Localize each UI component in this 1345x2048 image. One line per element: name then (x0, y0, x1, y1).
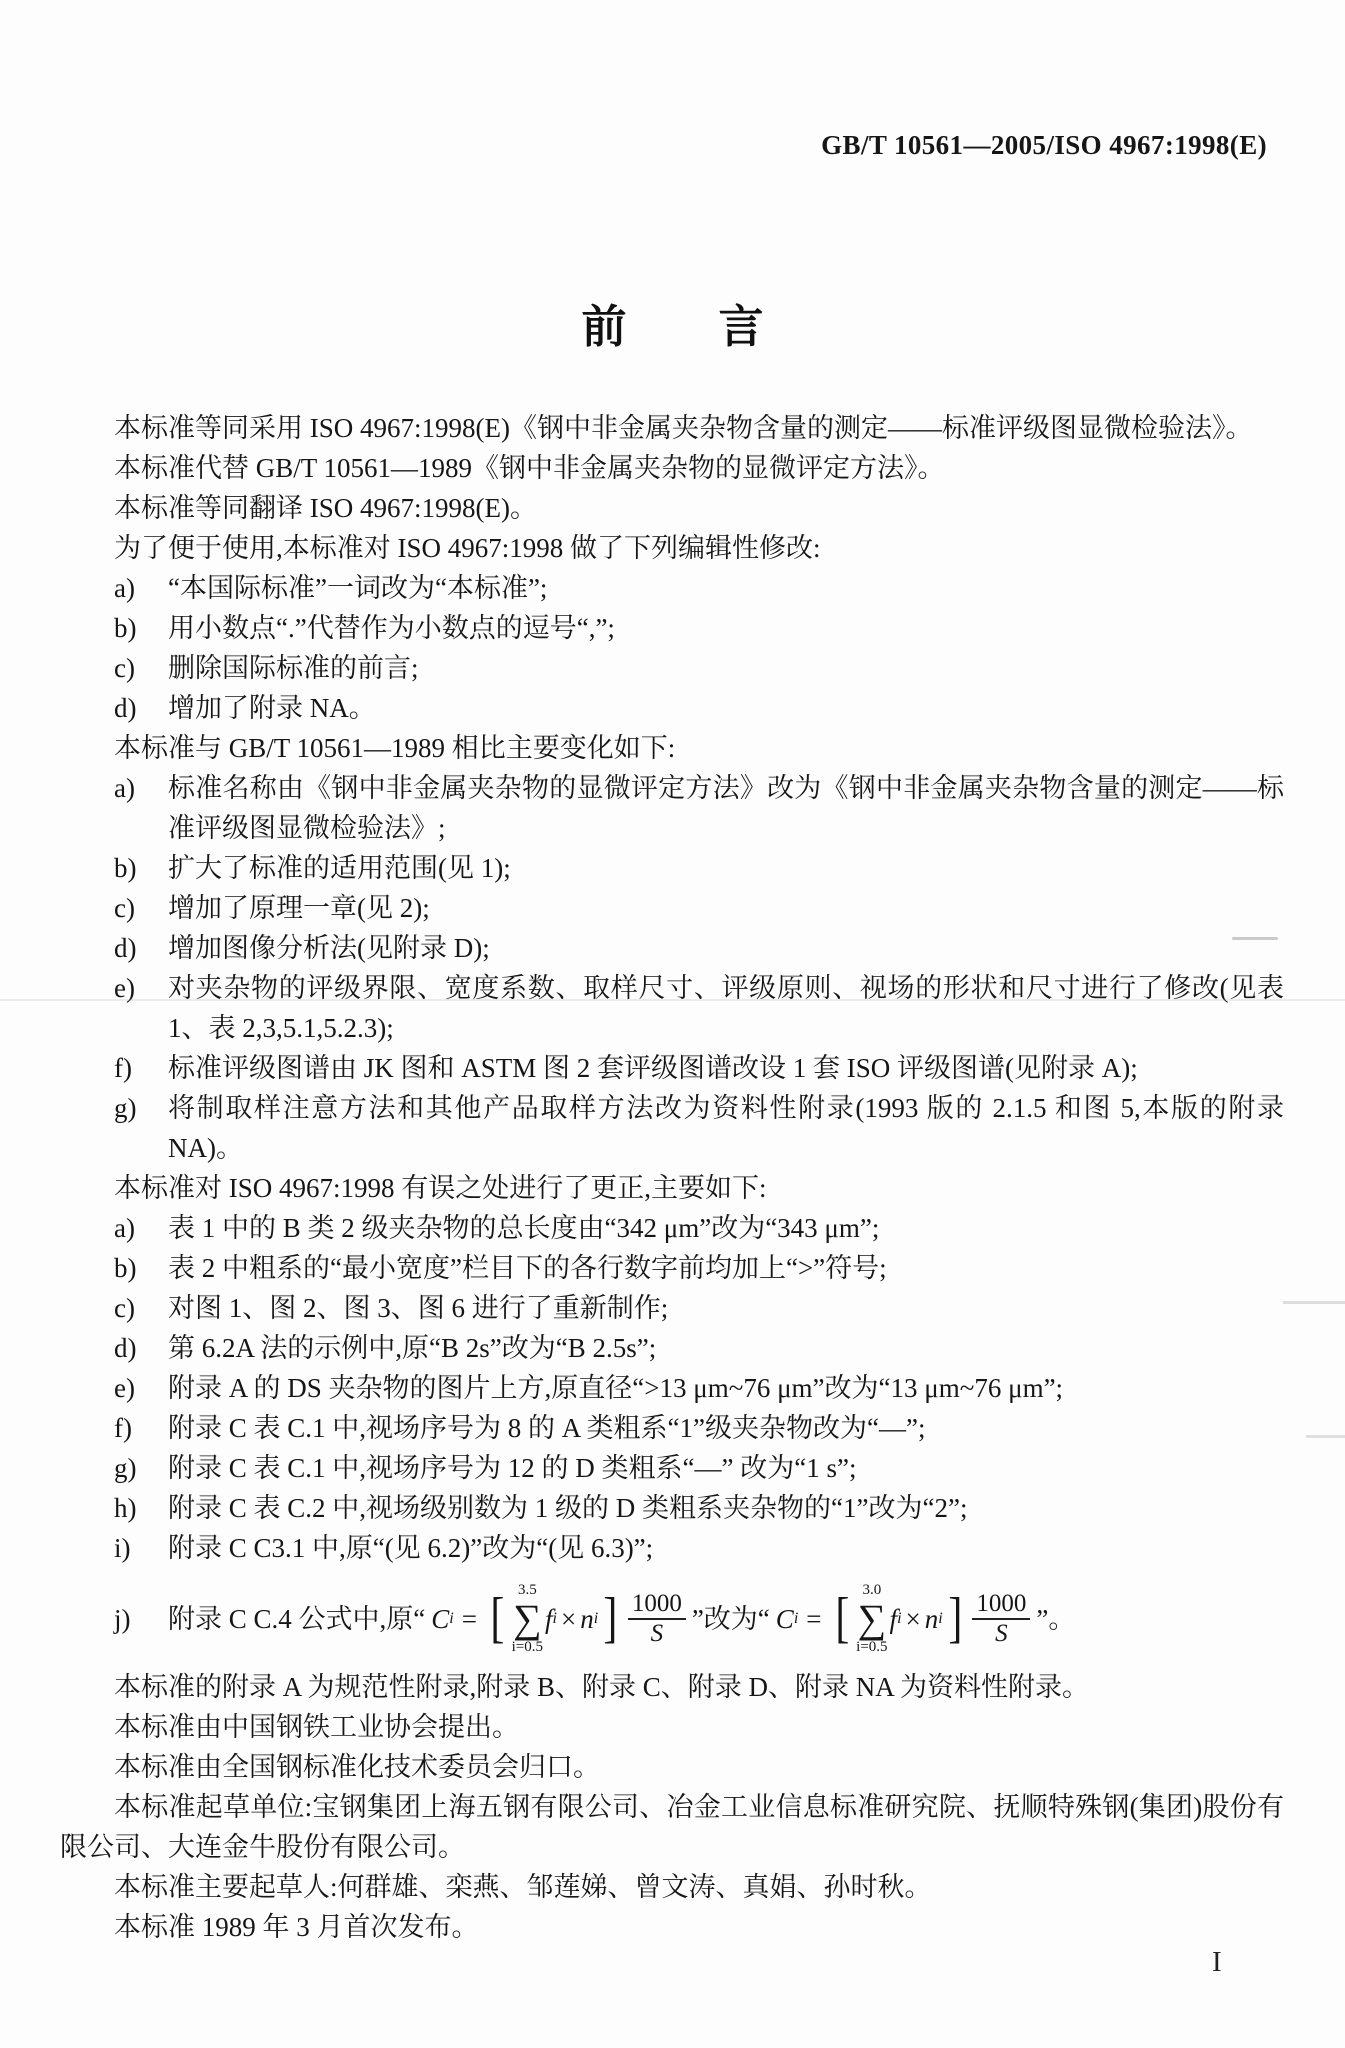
list-item: a) 表 1 中的 B 类 2 级夹杂物的总长度由“342 μm”改为“343 … (60, 1208, 1284, 1248)
intro-paragraph: 本标准等同翻译 ISO 4967:1998(E)。 (60, 488, 1284, 528)
list-item-marker: f) (114, 1408, 168, 1448)
list-item: c) 删除国际标准的前言; (60, 648, 1284, 688)
formula-old: Ci = [ 3.5 ∑ i=0.5 fi × ni ] 1000 S (431, 1582, 686, 1657)
summation-symbol: 3.5 ∑ i=0.5 (512, 1582, 543, 1657)
list-item: d) 第 6.2A 法的示例中,原“B 2s”改为“B 2.5s”; (60, 1328, 1284, 1368)
fraction: 1000 S (972, 1590, 1030, 1650)
intro-paragraph: 本标准等同采用 ISO 4967:1998(E)《钢中非金属夹杂物含量的测定——… (60, 408, 1284, 448)
list-item-text: 标准评级图谱由 JK 图和 ASTM 图 2 套评级图谱改设 1 套 ISO 评… (168, 1048, 1284, 1088)
list-item-text: 附录 C 表 C.1 中,视场序号为 12 的 D 类粗系“—” 改为“1 s”… (168, 1448, 1284, 1488)
list-item-text: 将制取样注意方法和其他产品取样方法改为资料性附录(1993 版的 2.1.5 和… (168, 1088, 1284, 1168)
standard-number-header: GB/T 10561—2005/ISO 4967:1998(E) (821, 130, 1267, 161)
list-item-marker: j) (114, 1599, 168, 1639)
list-item-formula: j) 附录 C C.4 公式中,原“ Ci = [ 3.5 ∑ i=0.5 fi… (60, 1582, 1284, 1657)
list-item-marker: e) (114, 968, 168, 1008)
list-item: f) 附录 C 表 C.1 中,视场序号为 8 的 A 类粗系“1”级夹杂物改为… (60, 1408, 1284, 1448)
list-item-text: 增加了附录 NA。 (168, 688, 1284, 728)
closing-paragraph: 本标准主要起草人:何群雄、栾燕、邹莲娣、曾文涛、真娟、孙时秋。 (60, 1867, 1284, 1907)
list-item-marker: c) (114, 648, 168, 688)
closing-paragraph: 本标准起草单位:宝钢集团上海五钢有限公司、冶金工业信息标准研究院、抚顺特殊钢(集… (60, 1787, 1284, 1867)
list-item-text: 表 2 中粗系的“最小宽度”栏目下的各行数字前均加上“>”符号; (168, 1248, 1284, 1288)
foreword-body: 本标准等同采用 ISO 4967:1998(E)《钢中非金属夹杂物含量的测定——… (60, 408, 1284, 1947)
intro-paragraph: 本标准代替 GB/T 10561—1989《钢中非金属夹杂物的显微评定方法》。 (60, 448, 1284, 488)
list-item-marker: a) (114, 768, 168, 808)
list-item-marker: h) (114, 1488, 168, 1528)
list-item-text: 扩大了标准的适用范围(见 1); (168, 848, 1284, 888)
document-page: GB/T 10561—2005/ISO 4967:1998(E) 前 言 本标准… (0, 0, 1345, 2048)
list-item-text: 附录 C C3.1 中,原“(见 6.2)”改为“(见 6.3)”; (168, 1528, 1284, 1568)
list-item-marker: a) (114, 568, 168, 608)
list-item: g) 附录 C 表 C.1 中,视场序号为 12 的 D 类粗系“—” 改为“1… (60, 1448, 1284, 1488)
list-item-text: 对图 1、图 2、图 3、图 6 进行了重新制作; (168, 1288, 1284, 1328)
corrections-lead-paragraph: 本标准对 ISO 4967:1998 有误之处进行了更正,主要如下: (60, 1168, 1284, 1208)
list-item: h) 附录 C 表 C.2 中,视场级别数为 1 级的 D 类粗系夹杂物的“1”… (60, 1488, 1284, 1528)
closing-paragraph: 本标准 1989 年 3 月首次发布。 (60, 1907, 1284, 1947)
list-item-marker: c) (114, 1288, 168, 1328)
list-item-text: 附录 A 的 DS 夹杂物的图片上方,原直径“>13 μm~76 μm”改为“1… (168, 1368, 1284, 1408)
formula-prefix: 附录 C C.4 公式中,原“ (168, 1599, 425, 1639)
list-item-marker: a) (114, 1208, 168, 1248)
fraction: 1000 S (628, 1590, 686, 1650)
list-item-marker: d) (114, 928, 168, 968)
list-item: e) 附录 A 的 DS 夹杂物的图片上方,原直径“>13 μm~76 μm”改… (60, 1368, 1284, 1408)
list-item-text: 标准名称由《钢中非金属夹杂物的显微评定方法》改为《钢中非金属夹杂物含量的测定——… (168, 768, 1284, 848)
list-item-text: 删除国际标准的前言; (168, 648, 1284, 688)
list-item: a) 标准名称由《钢中非金属夹杂物的显微评定方法》改为《钢中非金属夹杂物含量的测… (60, 768, 1284, 848)
list-item-marker: e) (114, 1368, 168, 1408)
list-item: i) 附录 C C3.1 中,原“(见 6.2)”改为“(见 6.3)”; (60, 1528, 1284, 1568)
list-item: b) 表 2 中粗系的“最小宽度”栏目下的各行数字前均加上“>”符号; (60, 1248, 1284, 1288)
list-item: c) 增加了原理一章(见 2); (60, 888, 1284, 928)
closing-paragraph: 本标准的附录 A 为规范性附录,附录 B、附录 C、附录 D、附录 NA 为资料… (60, 1667, 1284, 1707)
list-item: c) 对图 1、图 2、图 3、图 6 进行了重新制作; (60, 1288, 1284, 1328)
list-item-marker: b) (114, 1248, 168, 1288)
list-item: a) “本国际标准”一词改为“本标准”; (60, 568, 1284, 608)
title-char-first: 前 (581, 290, 626, 355)
changes-lead-paragraph: 本标准与 GB/T 10561—1989 相比主要变化如下: (60, 728, 1284, 768)
formula-suffix: ”。 (1036, 1599, 1075, 1639)
list-item-text: 用小数点“.”代替作为小数点的逗号“,”; (168, 608, 1284, 648)
title-char-second: 言 (719, 290, 764, 355)
list-item-marker: d) (114, 1328, 168, 1368)
list-item-text: 附录 C 表 C.2 中,视场级别数为 1 级的 D 类粗系夹杂物的“1”改为“… (168, 1488, 1284, 1528)
list-item-marker: b) (114, 848, 168, 888)
scan-artifact (1306, 1435, 1345, 1438)
list-item: b) 扩大了标准的适用范围(见 1); (60, 848, 1284, 888)
list-item-marker: b) (114, 608, 168, 648)
closing-paragraph: 本标准由中国钢铁工业协会提出。 (60, 1707, 1284, 1747)
scan-artifact (1283, 1301, 1345, 1304)
list-item: d) 增加了附录 NA。 (60, 688, 1284, 728)
list-item-marker: f) (114, 1048, 168, 1088)
close-bracket: ] (604, 1595, 618, 1643)
formula-mid: ”改为“ (692, 1599, 770, 1639)
open-bracket: [ (835, 1595, 849, 1643)
list-item: f) 标准评级图谱由 JK 图和 ASTM 图 2 套评级图谱改设 1 套 IS… (60, 1048, 1284, 1088)
summation-symbol: 3.0 ∑ i=0.5 (856, 1582, 887, 1657)
list-item-marker: c) (114, 888, 168, 928)
formula-correction-text: 附录 C C.4 公式中,原“ Ci = [ 3.5 ∑ i=0.5 fi × … (168, 1582, 1284, 1657)
list-item: d) 增加图像分析法(见附录 D); (60, 928, 1284, 968)
list-item: g) 将制取样注意方法和其他产品取样方法改为资料性附录(1993 版的 2.1.… (60, 1088, 1284, 1168)
close-bracket: ] (948, 1595, 962, 1643)
intro-paragraph: 为了便于使用,本标准对 ISO 4967:1998 做了下列编辑性修改: (60, 528, 1284, 568)
formula-new: Ci = [ 3.0 ∑ i=0.5 fi × ni ] 1000 S (776, 1582, 1031, 1657)
page-number: I (1212, 1946, 1222, 1979)
open-bracket: [ (490, 1595, 504, 1643)
closing-paragraph: 本标准由全国钢标准化技术委员会归口。 (60, 1747, 1284, 1787)
list-item: e) 对夹杂物的评级界限、宽度系数、取样尺寸、评级原则、视场的形状和尺寸进行了修… (60, 968, 1284, 1048)
list-item-marker: d) (114, 688, 168, 728)
list-item-text: 增加了原理一章(见 2); (168, 888, 1284, 928)
list-item-marker: g) (114, 1088, 168, 1128)
list-item-text: 对夹杂物的评级界限、宽度系数、取样尺寸、评级原则、视场的形状和尺寸进行了修改(见… (168, 968, 1284, 1048)
list-item-text: “本国际标准”一词改为“本标准”; (168, 568, 1284, 608)
list-item: b) 用小数点“.”代替作为小数点的逗号“,”; (60, 608, 1284, 648)
list-item-text: 附录 C 表 C.1 中,视场序号为 8 的 A 类粗系“1”级夹杂物改为“—”… (168, 1408, 1284, 1448)
list-item-marker: i) (114, 1528, 168, 1568)
list-item-text: 第 6.2A 法的示例中,原“B 2s”改为“B 2.5s”; (168, 1328, 1284, 1368)
list-item-text: 表 1 中的 B 类 2 级夹杂物的总长度由“342 μm”改为“343 μm”… (168, 1208, 1284, 1248)
list-item-text: 增加图像分析法(见附录 D); (168, 928, 1284, 968)
page-title: 前 言 (0, 290, 1345, 355)
list-item-marker: g) (114, 1448, 168, 1488)
